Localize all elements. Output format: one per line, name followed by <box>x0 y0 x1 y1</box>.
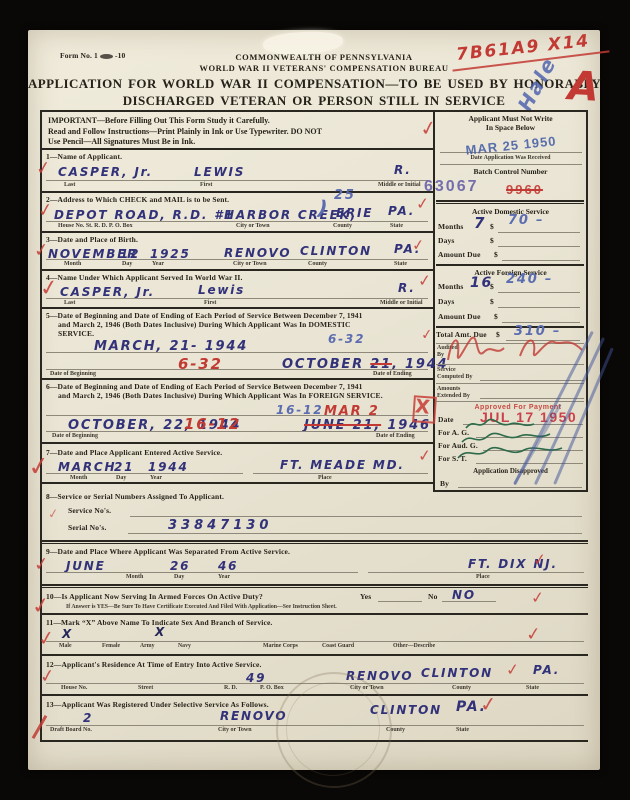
sublabel-day: Day <box>122 261 132 267</box>
sidebar-amount-line <box>498 292 580 293</box>
section4-label: 4—Name Under Which Applicant Served In W… <box>46 273 243 282</box>
photo-backdrop: { "header": { "form_no": "Form No. 1", "… <box>0 0 630 800</box>
dollar-sign: $ <box>490 222 494 231</box>
red-checkmark: ✓ <box>39 277 60 301</box>
section-divider <box>40 482 433 484</box>
sidebar-divider <box>436 200 584 202</box>
sidebar-amount-line <box>502 322 580 323</box>
service-computed-label-2: Computed By <box>437 374 473 380</box>
section6-label-2: and March 2, 1946 (Both Dates Inclusive)… <box>58 391 383 400</box>
section-divider <box>40 540 588 542</box>
blue-audit-note: 6-32 <box>328 332 365 346</box>
batch-control-label: Batch Control Number <box>433 167 588 176</box>
dollar-sign: $ <box>490 236 494 245</box>
col-other-describe: Other—Describe <box>393 643 435 649</box>
sublabel-state: State <box>526 685 539 691</box>
address-county-value: ERIE <box>336 206 373 220</box>
section1-label: 1—Name of Applicant. <box>46 152 122 161</box>
sublabel-date-of-beginning: Date of Beginning <box>52 433 98 439</box>
domestic-amount-value: 70 – <box>508 213 544 228</box>
section-divider <box>40 584 588 586</box>
col-coast-guard: Coast Guard <box>322 643 354 649</box>
date-received-label: Date Application Was Received <box>433 155 588 161</box>
sublabel-city: City or Town <box>233 261 267 267</box>
no-label: No <box>428 592 437 601</box>
served-first-value: Lewis <box>198 283 245 297</box>
red-checkmark: ✓ <box>37 627 56 649</box>
entry-year-value: 1944 <box>148 460 189 474</box>
section10-label: 10—Is Applicant Now Serving In Armed For… <box>46 592 263 601</box>
serial-nos-label: Serial No's. <box>68 523 106 532</box>
writing-line <box>46 431 428 432</box>
dollar-sign: $ <box>490 282 494 291</box>
section8-label: 8—Service or Serial Numbers Assigned To … <box>46 492 224 501</box>
foreign-amount-value: 240 – <box>506 272 553 287</box>
writing-line <box>368 572 584 573</box>
sublabel-day: Day <box>174 574 184 580</box>
red-audit-note: 6-32 <box>178 355 223 373</box>
red-checkmark: ✓ <box>530 589 545 606</box>
section-divider <box>40 613 588 615</box>
red-checkmark: ✓ <box>37 201 54 221</box>
section5-label-2: and March 2, 1946 (Both Dates Inclusive)… <box>58 320 351 329</box>
sidebar-amount-line <box>498 307 580 308</box>
days-label: Days <box>438 236 454 245</box>
writing-line <box>46 352 428 353</box>
writing-line <box>46 641 584 642</box>
sublabel-house-no: House No. <box>61 685 87 691</box>
section10-note: If Answer is YES—Be Sure To Have Certifi… <box>66 604 337 610</box>
batch-number-stamp: 63067 <box>424 178 479 196</box>
sex-male-x-mark: X <box>62 627 73 641</box>
voided-batch-number-stamp: 9960 <box>506 182 543 197</box>
embossed-seal-inner <box>286 682 380 776</box>
domestic-months-value: 7 <box>474 214 486 232</box>
no-answer-line <box>442 601 496 602</box>
writing-line <box>46 572 358 573</box>
red-checkmark: ✓ <box>420 327 433 342</box>
service-nos-label: Service No's. <box>68 506 111 515</box>
red-x-mark: X <box>414 397 431 417</box>
red-checkmark: ✓ <box>479 693 498 715</box>
important-line-2: Read and Follow Instructions—Print Plain… <box>48 127 322 136</box>
branch-army-x-mark: X <box>155 625 166 639</box>
sidebar-line <box>440 164 582 165</box>
sublabel-city: City or Town <box>236 223 270 229</box>
entry-month-value: MARCH <box>58 460 116 474</box>
red-checkmark: ✓ <box>47 507 60 521</box>
sidebar-amount-line <box>502 260 580 261</box>
important-line-3: Use Pencil—All Signatures Must Be in Ink… <box>48 137 195 146</box>
sublabel-month: Month <box>70 475 87 481</box>
sublabel-last: Last <box>64 300 75 306</box>
section-divider <box>40 307 433 309</box>
sublabel-rd: R. D. <box>224 685 237 691</box>
writing-line <box>46 180 428 181</box>
sidebar-amount-line <box>498 232 580 233</box>
section-divider-double <box>40 543 588 544</box>
amounts-extended-label-2: Extended By <box>437 393 470 399</box>
section-divider <box>40 148 433 150</box>
section12-label: 12—Applicant's Residence At Time of Entr… <box>46 660 261 669</box>
sublabel-state: State <box>456 727 469 733</box>
sublabel-place: Place <box>476 574 490 580</box>
amount-due-label: Amount Due <box>438 312 481 321</box>
section-divider <box>40 442 433 444</box>
sidebar-header-1: Applicant Must Not Write <box>433 114 588 123</box>
section9-label: 9—Date and Place Where Applicant Was Sep… <box>46 547 290 556</box>
writing-line <box>46 473 243 474</box>
sublabel-year: Year <box>150 475 162 481</box>
sidebar-header-2: In Space Below <box>433 123 588 132</box>
red-checkmark: ✓ <box>33 555 50 575</box>
writing-line <box>128 533 582 534</box>
sublabel-first: First <box>204 300 216 306</box>
sidebar-divider-double <box>436 203 584 204</box>
sidebar-line <box>436 383 584 384</box>
sublabel-date-of-ending: Date of Ending <box>376 433 415 439</box>
sublabel-draft-board: Draft Board No. <box>50 727 92 733</box>
sublabel-city: City or Town <box>218 727 252 733</box>
section-divider <box>40 191 433 193</box>
writing-line <box>46 259 428 260</box>
residence-county-value: CLINTON <box>421 666 493 680</box>
sublabel-date-of-ending: Date of Ending <box>373 371 412 377</box>
sublabel-street: House No. St. R. D. P. O. Box <box>58 223 133 229</box>
residence-state-value: PA. <box>533 663 560 677</box>
red-checkmark: ✓ <box>33 241 50 261</box>
service-computed-label-1: Service <box>437 367 456 373</box>
served-last-value: CASPER, Jr. <box>60 285 155 299</box>
amount-due-label: Amount Due <box>438 250 481 259</box>
serial-number-value: 33847130 <box>168 518 272 533</box>
separation-year-value: 46 <box>218 559 238 573</box>
sublabel-date-of-beginning: Date of Beginning <box>50 371 96 377</box>
birth-city-value: RENOVO <box>224 246 291 260</box>
sublabel-month: Month <box>64 261 81 267</box>
sublabel-year: Year <box>152 261 164 267</box>
sidebar-amount-line <box>498 246 580 247</box>
draft-board-value: 2 <box>83 711 93 725</box>
sublabel-street: Street <box>138 685 153 691</box>
red-mar2-note: MAR 2 <box>324 404 380 419</box>
dollar-sign: $ <box>494 312 498 321</box>
section-divider <box>40 654 588 656</box>
writing-line <box>46 221 428 222</box>
dollar-sign: $ <box>490 297 494 306</box>
section-divider <box>40 231 433 233</box>
dollar-sign: $ <box>494 250 498 259</box>
section-divider <box>40 269 433 271</box>
separation-day-value: 26 <box>170 559 190 573</box>
name-last-value: CASPER, Jr. <box>58 165 153 179</box>
section13-label: 13—Applicant Was Registered Under Select… <box>46 700 269 709</box>
address-state-value: PA. <box>388 204 415 218</box>
blue-25-annotation: 25 <box>334 188 356 203</box>
red-checkmark: ✓ <box>35 159 52 179</box>
section6-label-1: 6—Date of Beginning and Date of Ending o… <box>46 382 363 391</box>
col-female: Female <box>102 643 120 649</box>
sublabel-state: State <box>394 261 407 267</box>
section3-label: 3—Date and Place of Birth. <box>46 235 138 244</box>
red-checkmark: ✓ <box>505 661 520 678</box>
amounts-extended-label-1: Amounts <box>437 386 460 392</box>
entry-day-value: 21 <box>114 460 134 474</box>
yes-label: Yes <box>360 592 371 601</box>
red-checkmark: ✓ <box>417 447 432 464</box>
section2-label: 2—Address to Which CHECK and MAIL is to … <box>46 195 229 204</box>
form-title-line-1: APPLICATION FOR WORLD WAR II COMPENSATIO… <box>28 76 600 92</box>
sublabel-middle: Middle or Initial <box>380 300 423 306</box>
sublabel-first: First <box>200 182 212 188</box>
name-first-value: LEWIS <box>194 165 245 179</box>
sublabel-pobox: P. O. Box <box>260 685 284 691</box>
section-divider-double <box>40 587 588 588</box>
red-checkmark: ✓ <box>30 595 52 620</box>
writing-line <box>130 516 582 517</box>
col-marine-corps: Marine Corps <box>263 643 298 649</box>
sublabel-middle: Middle or Initial <box>378 182 421 188</box>
col-navy: Navy <box>178 643 191 649</box>
separation-month-value: JUNE <box>66 559 106 573</box>
union-bug-icon <box>100 54 113 59</box>
writing-line <box>253 473 428 474</box>
sidebar-line <box>480 398 584 399</box>
important-line-1: IMPORTANT—Before Filling Out This Form S… <box>48 116 270 125</box>
red-checkmark: ✓ <box>415 195 430 212</box>
months-label: Months <box>438 222 464 231</box>
section7-label: 7—Date and Place Applicant Entered Activ… <box>46 448 222 457</box>
sublabel-year: Year <box>218 574 230 580</box>
sublabel-state: State <box>390 223 403 229</box>
application-disapproved-label: Application Disapproved <box>433 467 588 475</box>
writing-line <box>46 369 428 370</box>
red-checkmark: ✓ <box>532 551 547 568</box>
red-checkmark: ✓ <box>26 453 51 482</box>
form-number-text: Form No. 1 <box>60 51 98 60</box>
sublabel-county: County <box>452 685 471 691</box>
col-army: Army <box>140 643 155 649</box>
sublabel-county: County <box>333 223 352 229</box>
scanned-form-page: Form No. 1-10 COMMONWEALTH OF PENNSYLVAN… <box>28 30 600 770</box>
red-checkmark: ✓ <box>525 625 542 644</box>
sidebar-line <box>436 364 584 365</box>
address-street-value: DEPOT ROAD, R.D. #1 <box>54 208 235 222</box>
section5-label-1: 5—Date of Beginning and Date of Ending o… <box>46 311 363 320</box>
section5-label-3: SERVICE. <box>58 329 94 338</box>
name-middle-value: R. <box>394 163 412 177</box>
writing-line <box>46 298 428 299</box>
red-grade-letter: A <box>567 63 602 111</box>
sidebar-line <box>436 401 584 402</box>
by-label: By <box>440 479 449 488</box>
sublabel-county: County <box>308 261 327 267</box>
months-label: Months <box>438 282 464 291</box>
red-checkmark: ✓ <box>417 272 432 289</box>
days-label: Days <box>438 297 454 306</box>
sidebar-line <box>458 487 582 488</box>
col-male: Male <box>59 643 72 649</box>
sublabel-month: Month <box>126 574 143 580</box>
red-checkmark: ✓ <box>411 237 425 253</box>
sidebar-bottom-border <box>433 490 588 492</box>
sidebar-divider <box>436 264 584 266</box>
no-answer-value: NO <box>452 588 476 602</box>
sublabel-day: Day <box>116 475 126 481</box>
sublabel-last: Last <box>64 182 75 188</box>
entry-place-value: FT. MEADE MD. <box>280 458 405 472</box>
birth-county-value: CLINTON <box>300 244 372 258</box>
section-divider <box>40 378 433 380</box>
served-middle-value: R. <box>398 281 416 295</box>
sublabel-place: Place <box>318 475 332 481</box>
red-checkmark: ✓ <box>39 667 56 687</box>
yes-answer-line <box>378 601 422 602</box>
box-top-border <box>40 110 588 112</box>
